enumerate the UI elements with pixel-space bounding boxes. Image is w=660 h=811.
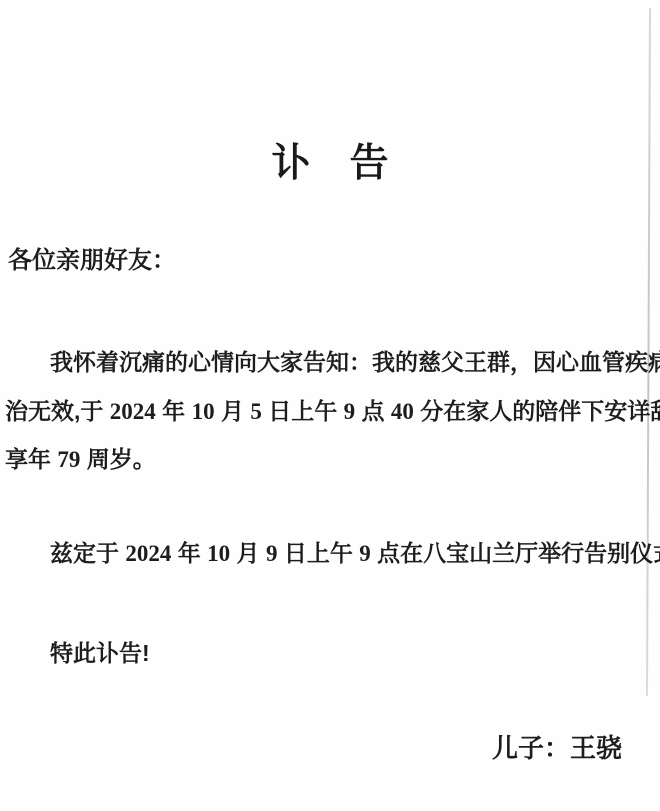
body-paragraph1-line1: 我怀着沉痛的心情向大家告知：我的慈父王群，因心血管疾病医 [5,346,655,378]
salutation-line: 各位亲朋好友： [8,244,176,278]
closing-statement: 特此讣告! [50,637,150,669]
obituary-document-page: 讣 告 各位亲朋好友： 我怀着沉痛的心情向大家告知：我的慈父王群，因心血管疾病医… [0,0,660,811]
document-title: 讣 告 [0,140,660,188]
body-paragraph1-line2: 治无效,于 2024 年 10 月 5 日上午 9 点 40 分在家人的陪伴下安… [5,395,655,428]
signature-line: 儿子：王骁 [492,731,622,765]
body-paragraph2-line: 兹定于 2024 年 10 月 9 日上午 9 点在八宝山兰厅举行告别仪式。 [5,537,655,570]
body-paragraph1-line3: 享年 79 周岁。 [5,443,655,476]
